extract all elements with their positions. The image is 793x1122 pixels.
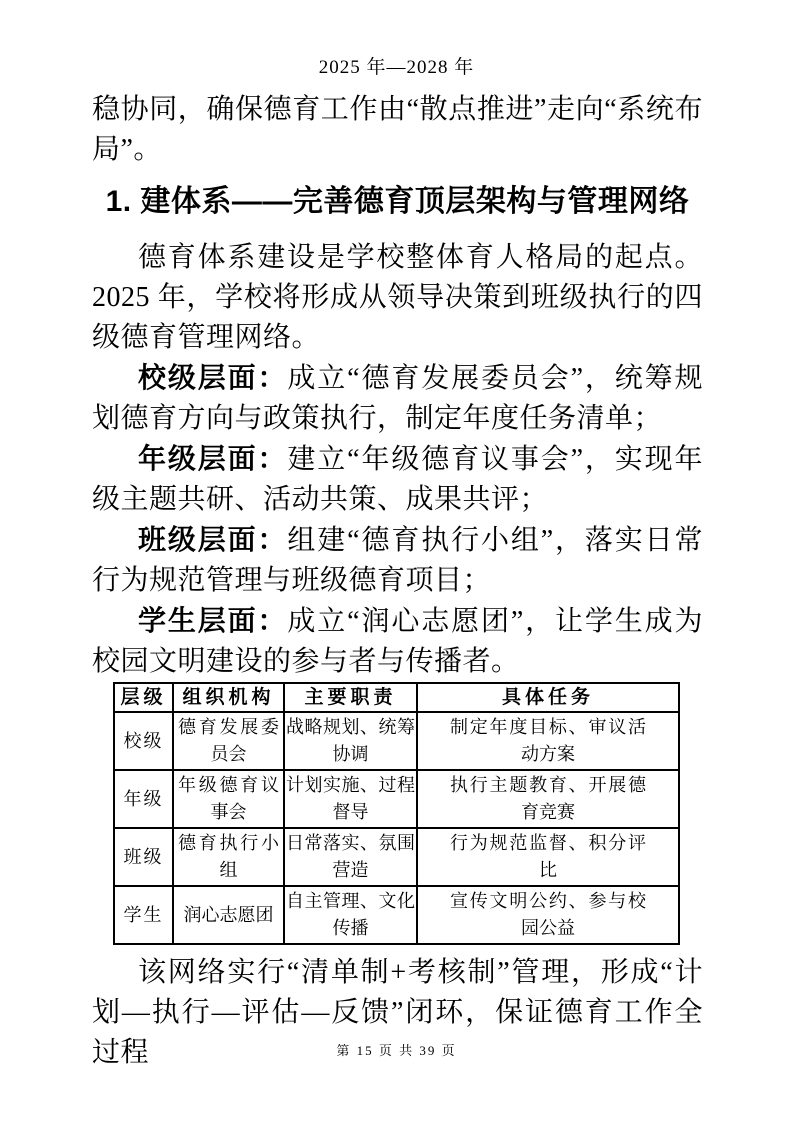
- table-cell: 班级: [114, 828, 173, 886]
- table-cell: 自主管理、文化传播: [284, 886, 417, 944]
- student-level-label: 学生层面：: [138, 605, 287, 636]
- org-structure-table: 层级 组织机构 主要职责 具体任务 校级 德育发展委员会 战略规划、统筹协调 制…: [113, 682, 680, 945]
- page-footer: 第 15 页 共 39 页: [0, 1040, 793, 1059]
- header-cell-organization: 组织机构: [173, 683, 284, 712]
- table-cell: 润心志愿团: [173, 886, 284, 944]
- header-cell-duty: 主要职责: [284, 683, 417, 712]
- section-heading: 1. 建体系——完善德育顶层架构与管理网络: [92, 180, 703, 224]
- paragraph-grade-level: 年级层面：建立“年级德育议事会”，实现年级主题共研、活动共策、成果共评；: [92, 439, 703, 520]
- table-cell: 执行主题教育、开展德育竞赛: [417, 770, 679, 828]
- table-cell: 校级: [114, 712, 173, 770]
- table-cell: 制定年度目标、审议活动方案: [417, 712, 679, 770]
- paragraph-class-level: 班级层面：组建“德育执行小组”，落实日常行为规范管理与班级德育项目；: [92, 520, 703, 601]
- grade-level-label: 年级层面：: [138, 443, 287, 474]
- table-cell: 日常落实、氛围营造: [284, 828, 417, 886]
- table-row: 学生 润心志愿团 自主管理、文化传播 宣传文明公约、参与校园公益: [114, 886, 679, 944]
- paragraph-intro: 德育体系建设是学校整体育人格局的起点。2025 年，学校将形成从领导决策到班级执…: [92, 238, 703, 358]
- document-page: 2025 年—2028 年 稳协同，确保德育工作由“散点推进”走向“系统布局”。…: [0, 0, 793, 1122]
- table-cell: 年级: [114, 770, 173, 828]
- table-cell: 德育发展委员会: [173, 712, 284, 770]
- table-cell: 宣传文明公约、参与校园公益: [417, 886, 679, 944]
- class-level-label: 班级层面：: [138, 524, 287, 555]
- table-cell: 年级德育议事会: [173, 770, 284, 828]
- table-cell: 德育执行小组: [173, 828, 284, 886]
- paragraph-student-level: 学生层面：成立“润心志愿团”，让学生成为校园文明建设的参与者与传播者。: [92, 601, 703, 682]
- table-cell: 战略规划、统筹协调: [284, 712, 417, 770]
- header-cell-level: 层级: [114, 683, 173, 712]
- table-cell: 行为规范监督、积分评比: [417, 828, 679, 886]
- page-header-date: 2025 年—2028 年: [0, 52, 793, 79]
- paragraph-continuation: 稳协同，确保德育工作由“散点推进”走向“系统布局”。: [92, 90, 703, 170]
- table-cell: 计划实施、过程督导: [284, 770, 417, 828]
- table-row: 年级 年级德育议事会 计划实施、过程督导 执行主题教育、开展德育竞赛: [114, 770, 679, 828]
- school-level-label: 校级层面：: [138, 362, 287, 393]
- page-content: 稳协同，确保德育工作由“散点推进”走向“系统布局”。 1. 建体系——完善德育顶…: [92, 90, 703, 1073]
- table-header-row: 层级 组织机构 主要职责 具体任务: [114, 683, 679, 712]
- table-cell: 学生: [114, 886, 173, 944]
- table-row: 班级 德育执行小组 日常落实、氛围营造 行为规范监督、积分评比: [114, 828, 679, 886]
- header-cell-task: 具体任务: [417, 683, 679, 712]
- table-row: 校级 德育发展委员会 战略规划、统筹协调 制定年度目标、审议活动方案: [114, 712, 679, 770]
- paragraph-school-level: 校级层面：成立“德育发展委员会”，统筹规划德育方向与政策执行，制定年度任务清单；: [92, 358, 703, 439]
